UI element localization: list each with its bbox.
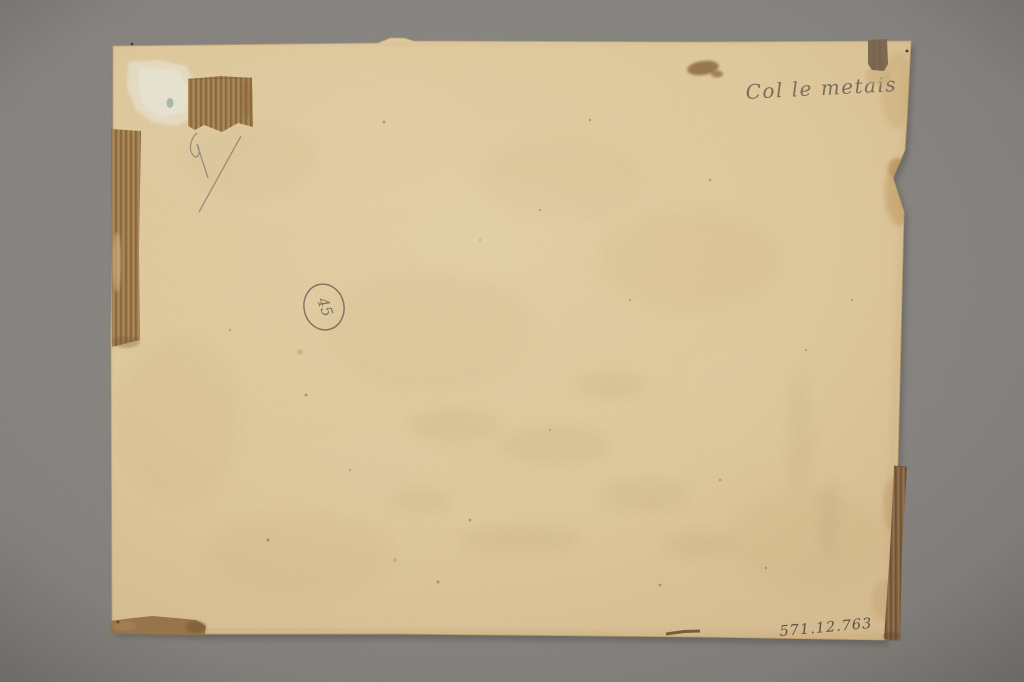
verso-photograph: 45 Col le metais 571.12.763 [0, 0, 1024, 682]
photo-stage: 45 Col le metais 571.12.763 [0, 0, 1024, 682]
vignette [0, 0, 1024, 682]
